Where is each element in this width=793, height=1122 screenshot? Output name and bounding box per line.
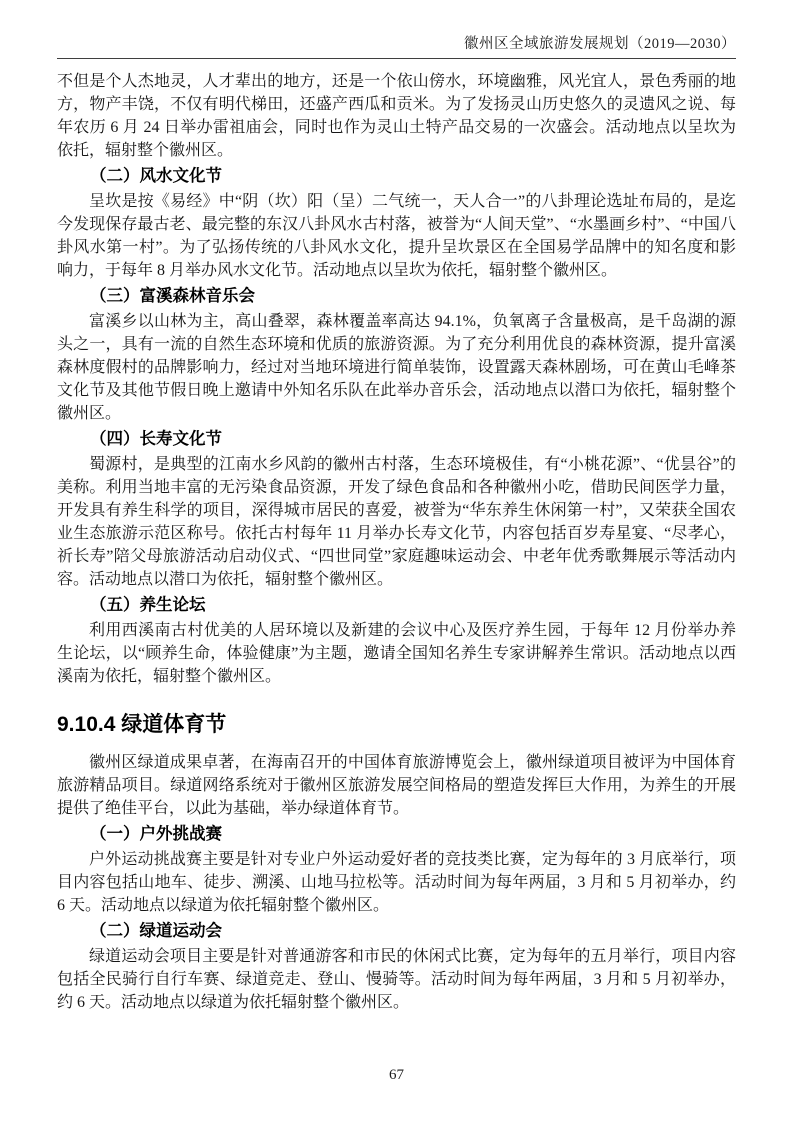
section-paragraph: 绿道运动会项目主要是针对普通游客和市民的休闲式比赛，定为每年的五月举行，项目内容… — [57, 945, 736, 1014]
section-paragraph: 户外运动挑战赛主要是针对专业户外运动爱好者的竞技类比赛，定为每年的 3 月底举行… — [57, 848, 736, 917]
section-heading: （一）户外挑战赛 — [57, 823, 736, 846]
section-outdoor-challenge: （一）户外挑战赛 户外运动挑战赛主要是针对专业户外运动爱好者的竞技类比赛，定为每… — [57, 823, 736, 917]
section-heading: （四）长寿文化节 — [57, 428, 736, 451]
header-title: 徽州区全域旅游发展规划（2019—2030） — [57, 32, 736, 58]
section-greenway-games: （二）绿道运动会 绿道运动会项目主要是针对普通游客和市民的休闲式比赛，定为每年的… — [57, 920, 736, 1014]
section-wellness-forum: （五）养生论坛 利用西溪南古村优美的人居环境以及新建的会议中心及医疗养生园，于每… — [57, 594, 736, 688]
section-paragraph: 蜀源村，是典型的江南水乡风韵的徽州古村落，生态环境极佳，有“小桃花源”、“优昙谷… — [57, 453, 736, 591]
page-content: 不但是个人杰地灵，人才辈出的地方，还是一个依山傍水，环境幽雅，风光宜人，景色秀丽… — [57, 70, 736, 1014]
section-fengshui-festival: （二）风水文化节 呈坎是按《易经》中“阴（坎）阳（呈）二气统一，天人合一”的八卦… — [57, 165, 736, 282]
document-page: 徽州区全域旅游发展规划（2019—2030） 不但是个人杰地灵，人才辈出的地方，… — [0, 0, 793, 1122]
intro-paragraph: 不但是个人杰地灵，人才辈出的地方，还是一个依山傍水，环境幽雅，风光宜人，景色秀丽… — [57, 70, 736, 162]
section-forest-concert: （三）富溪森林音乐会 富溪乡以山林为主，高山叠翠，森林覆盖率高达 94.1%，负… — [57, 285, 736, 425]
section-paragraph: 富溪乡以山林为主，高山叠翠，森林覆盖率高达 94.1%，负氧离子含量极高，是千岛… — [57, 310, 736, 425]
chapter-heading: 9.10.4 绿道体育节 — [57, 712, 736, 738]
page-header: 徽州区全域旅游发展规划（2019—2030） — [57, 32, 736, 59]
section-paragraph: 利用西溪南古村优美的人居环境以及新建的会议中心及医疗养生园，于每年 12 月份举… — [57, 619, 736, 688]
chapter-greenway-sports-festival: 9.10.4 绿道体育节 徽州区绿道成果卓著，在海南召开的中国体育旅游博览会上，… — [57, 712, 736, 820]
section-heading: （三）富溪森林音乐会 — [57, 285, 736, 308]
page-number: 67 — [0, 1067, 793, 1084]
chapter-paragraph: 徽州区绿道成果卓著，在海南召开的中国体育旅游博览会上，徽州绿道项目被评为中国体育… — [57, 751, 736, 820]
header-rule — [57, 58, 736, 59]
section-paragraph: 呈坎是按《易经》中“阴（坎）阳（呈）二气统一，天人合一”的八卦理论选址布局的，是… — [57, 190, 736, 282]
section-longevity-festival: （四）长寿文化节 蜀源村，是典型的江南水乡风韵的徽州古村落，生态环境极佳，有“小… — [57, 428, 736, 591]
section-heading: （二）风水文化节 — [57, 165, 736, 188]
section-heading: （五）养生论坛 — [57, 594, 736, 617]
section-heading: （二）绿道运动会 — [57, 920, 736, 943]
